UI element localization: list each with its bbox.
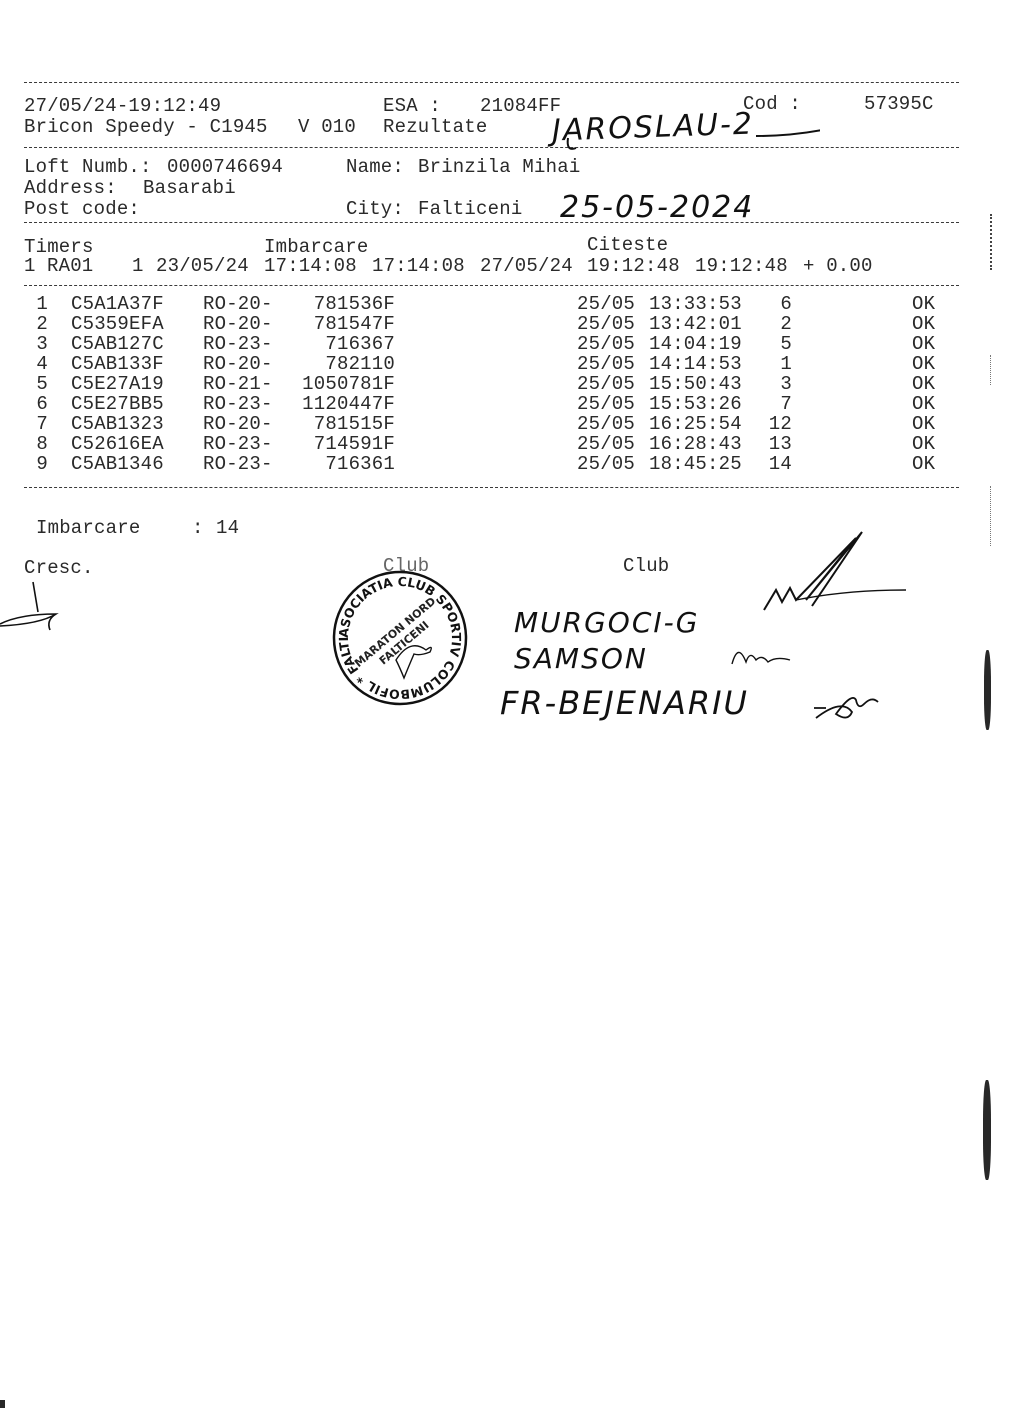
result-arrival-time: 16:25:54 — [649, 414, 742, 434]
result-arrival-time: 18:45:25 — [649, 454, 742, 474]
result-chip-id: C5AB1346 — [71, 454, 164, 474]
results-row: 6C5E27BB5RO-23-1120447F25/0515:53:267OK — [0, 394, 1024, 414]
esa-label: ESA : — [383, 96, 441, 116]
name-label: Name: — [346, 157, 404, 177]
result-arrival-date: 25/05 — [577, 334, 635, 354]
result-basket-number: 5 — [764, 334, 792, 354]
result-ring-number: 1120447F — [299, 394, 395, 414]
result-position: 5 — [36, 374, 48, 394]
race-name-underline — [560, 118, 820, 154]
loft-number-label: Loft Numb.: — [24, 157, 152, 177]
result-ring-number: 714591F — [299, 434, 395, 454]
result-arrival-time: 13:42:01 — [649, 314, 742, 334]
result-ring-number: 716361 — [299, 454, 395, 474]
result-status: OK — [912, 414, 935, 434]
report-type: Rezultate — [383, 117, 487, 137]
firmware-version: V 010 — [298, 117, 356, 137]
result-status: OK — [912, 354, 935, 374]
imbarcare-date: 23/05/24 — [156, 256, 249, 276]
cod-value: 57395C — [864, 94, 934, 114]
city-value: Falticeni — [418, 199, 522, 219]
result-chip-id: C5E27BB5 — [71, 394, 164, 414]
result-ring-prefix: RO-20- — [203, 314, 273, 334]
divider — [24, 147, 959, 148]
result-arrival-date: 25/05 — [577, 314, 635, 334]
city-label: City: — [346, 199, 404, 219]
result-status: OK — [912, 374, 935, 394]
scan-artifact — [0, 1400, 5, 1408]
result-arrival-date: 25/05 — [577, 434, 635, 454]
result-basket-number: 2 — [764, 314, 792, 334]
result-basket-number: 13 — [764, 434, 792, 454]
result-basket-number: 14 — [764, 454, 792, 474]
result-arrival-date: 25/05 — [577, 414, 635, 434]
loft-number: 0000746694 — [167, 157, 283, 177]
imbarcare-time-2: 17:14:08 — [372, 256, 465, 276]
result-position: 7 — [36, 414, 48, 434]
result-position: 4 — [36, 354, 48, 374]
result-arrival-date: 25/05 — [577, 454, 635, 474]
scan-artifact — [990, 486, 991, 546]
result-position: 1 — [36, 294, 48, 314]
result-chip-id: C5A1A37F — [71, 294, 164, 314]
scan-artifact — [984, 650, 991, 730]
result-ring-prefix: RO-23- — [203, 454, 273, 474]
imbarcare-time-1: 17:14:08 — [264, 256, 357, 276]
result-ring-prefix: RO-21- — [203, 374, 273, 394]
result-arrival-time: 16:28:43 — [649, 434, 742, 454]
result-chip-id: C5AB133F — [71, 354, 164, 374]
results-row: 5C5E27A19RO-21-1050781F25/0515:50:433OK — [0, 374, 1024, 394]
result-ring-number: 716367 — [299, 334, 395, 354]
divider — [24, 222, 959, 223]
result-chip-id: C5359EFA — [71, 314, 164, 334]
print-datetime: 27/05/24-19:12:49 — [24, 96, 221, 116]
address-value: Basarabi — [143, 178, 236, 198]
result-position: 6 — [36, 394, 48, 414]
imbarcare-summary-count: 14 — [216, 518, 239, 538]
results-row: 9C5AB1346RO-23-71636125/0518:45:2514OK — [0, 454, 1024, 474]
result-basket-number: 12 — [764, 414, 792, 434]
result-chip-id: C5AB127C — [71, 334, 164, 354]
result-arrival-date: 25/05 — [577, 294, 635, 314]
result-arrival-time: 15:50:43 — [649, 374, 742, 394]
citeste-time-2: 19:12:48 — [695, 256, 788, 276]
result-basket-number: 7 — [764, 394, 792, 414]
result-arrival-date: 25/05 — [577, 374, 635, 394]
result-chip-id: C5AB1323 — [71, 414, 164, 434]
result-ring-prefix: RO-20- — [203, 354, 273, 374]
result-position: 3 — [36, 334, 48, 354]
result-ring-number: 781536F — [299, 294, 395, 314]
member-signature-scribble — [812, 690, 882, 724]
result-status: OK — [912, 294, 935, 314]
result-ring-prefix: RO-23- — [203, 434, 273, 454]
result-ring-prefix: RO-23- — [203, 394, 273, 414]
results-row: 4C5AB133FRO-20-78211025/0514:14:531OK — [0, 354, 1024, 374]
result-status: OK — [912, 454, 935, 474]
result-arrival-time: 14:14:53 — [649, 354, 742, 374]
result-arrival-time: 13:33:53 — [649, 294, 742, 314]
result-basket-number: 3 — [764, 374, 792, 394]
result-basket-number: 1 — [764, 354, 792, 374]
result-status: OK — [912, 434, 935, 454]
result-arrival-time: 15:53:26 — [649, 394, 742, 414]
club-stamp: ASOCIATIA CLUB SPORTIV COLUMBOFIL * FALT… — [330, 568, 470, 708]
result-chip-id: C52616EA — [71, 434, 164, 454]
result-status: OK — [912, 314, 935, 334]
results-row: 7C5AB1323RO-20-781515F25/0516:25:5412OK — [0, 414, 1024, 434]
result-ring-prefix: RO-23- — [203, 334, 273, 354]
result-ring-number: 781515F — [299, 414, 395, 434]
fancier-name: Brinzila Mihai — [418, 157, 580, 177]
timer-id: RA01 — [47, 256, 93, 276]
results-printout: 27/05/24-19:12:49 ESA : 21084FF Cod : 57… — [0, 0, 1024, 1408]
timer-index: 1 — [24, 256, 36, 276]
results-row: 1C5A1A37FRO-20-781536F25/0513:33:536OK — [0, 294, 1024, 314]
results-row: 2C5359EFARO-20-781547F25/0513:42:012OK — [0, 314, 1024, 334]
breeder-signature-label: Cresc. — [24, 558, 94, 578]
result-status: OK — [912, 394, 935, 414]
result-ring-number: 1050781F — [299, 374, 395, 394]
club-signature-scribble — [756, 530, 916, 630]
result-ring-prefix: RO-20- — [203, 414, 273, 434]
imbarcare-header: Imbarcare — [264, 237, 368, 257]
result-ring-prefix: RO-20- — [203, 294, 273, 314]
scan-artifact — [990, 355, 991, 385]
timers-label: Timers — [24, 237, 94, 257]
citeste-date: 27/05/24 — [480, 256, 573, 276]
divider — [24, 487, 959, 488]
member-signature-scribble — [728, 640, 798, 670]
result-chip-id: C5E27A19 — [71, 374, 164, 394]
handwritten-race-date: 25-05-2024 — [560, 190, 754, 225]
result-status: OK — [912, 334, 935, 354]
postcode-label: Post code: — [24, 199, 140, 219]
imbarcare-summary-label: Imbarcare — [36, 518, 140, 538]
scan-artifact — [990, 214, 992, 270]
citeste-time-1: 19:12:48 — [587, 256, 680, 276]
divider — [24, 285, 959, 286]
result-basket-number: 6 — [764, 294, 792, 314]
result-position: 9 — [36, 454, 48, 474]
address-label: Address: — [24, 178, 117, 198]
scan-artifact — [983, 1080, 991, 1180]
results-row: 3C5AB127CRO-23-71636725/0514:04:195OK — [0, 334, 1024, 354]
esa-value: 21084FF — [480, 96, 561, 116]
result-arrival-time: 14:04:19 — [649, 334, 742, 354]
imbarcare-summary-sep: : — [192, 518, 204, 538]
result-position: 8 — [36, 434, 48, 454]
clock-offset: + 0.00 — [803, 256, 873, 276]
citeste-header: Citeste — [587, 235, 668, 255]
handwritten-name-3: FR-BEJENARIU — [500, 684, 749, 722]
handwritten-name-1: MURGOCI-G — [514, 606, 699, 639]
result-arrival-date: 25/05 — [577, 354, 635, 374]
result-ring-number: 781547F — [299, 314, 395, 334]
result-position: 2 — [36, 314, 48, 334]
result-arrival-date: 25/05 — [577, 394, 635, 414]
device-name: Bricon Speedy - C1945 — [24, 117, 268, 137]
divider — [24, 82, 959, 83]
breeder-signature — [0, 580, 70, 640]
club-signature-label-2: Club — [623, 556, 669, 576]
results-row: 8C52616EARO-23-714591F25/0516:28:4313OK — [0, 434, 1024, 454]
timer-count: 1 — [132, 256, 144, 276]
handwritten-name-2: SAMSON — [514, 642, 648, 675]
result-ring-number: 782110 — [299, 354, 395, 374]
